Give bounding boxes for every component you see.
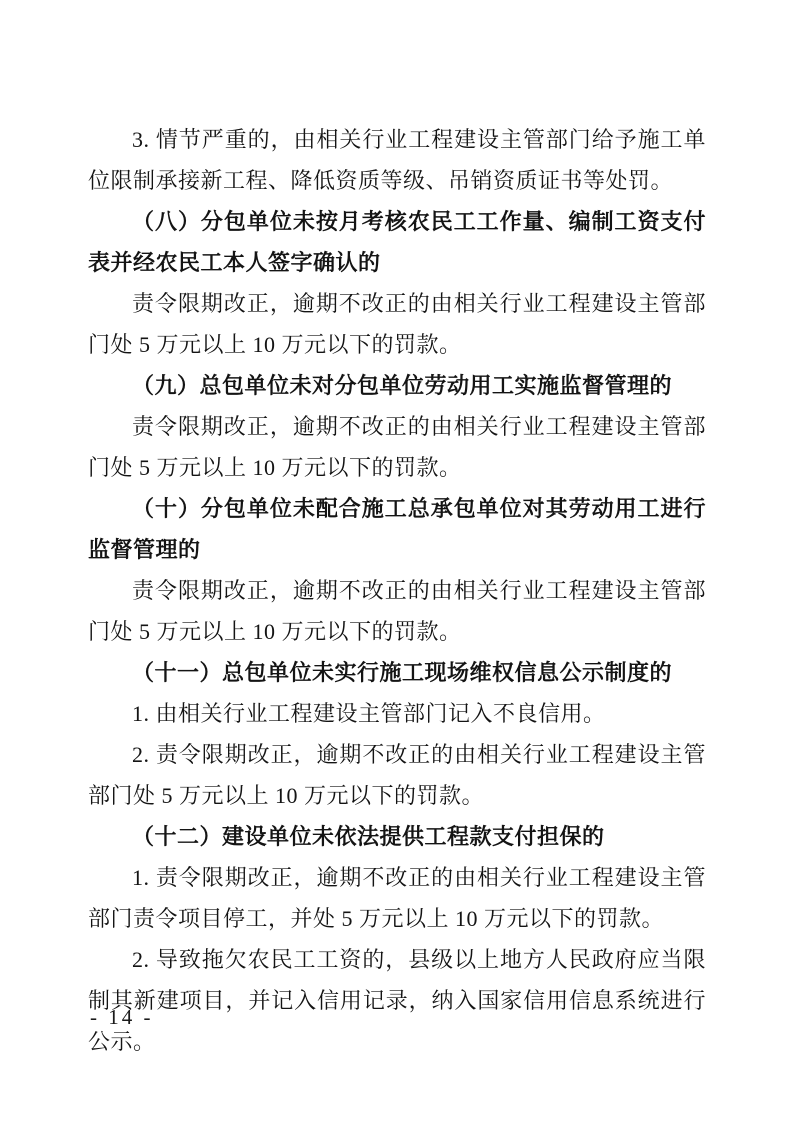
document-page: 3. 情节严重的，由相关行业工程建设主管部门给予施工单位限制承接新工程、降低资质… (0, 0, 793, 1122)
section-heading: （八）分包单位未按月考核农民工工作量、编制工资支付表并经农民工本人签字确认的 (88, 201, 706, 283)
document-body: 3. 情节严重的，由相关行业工程建设主管部门给予施工单位限制承接新工程、降低资质… (88, 119, 706, 1062)
section-heading: （十一）总包单位未实行施工现场维权信息公示制度的 (88, 652, 706, 693)
paragraph: 责令限期改正，逾期不改正的由相关行业工程建设主管部门处 5 万元以上 10 万元… (88, 570, 706, 652)
section-heading: （十二）建设单位未依法提供工程款支付担保的 (88, 816, 706, 857)
paragraph: 1. 由相关行业工程建设主管部门记入不良信用。 (88, 693, 706, 734)
paragraph: 3. 情节严重的，由相关行业工程建设主管部门给予施工单位限制承接新工程、降低资质… (88, 119, 706, 201)
paragraph: 2. 责令限期改正，逾期不改正的由相关行业工程建设主管部门处 5 万元以上 10… (88, 734, 706, 816)
paragraph: 责令限期改正，逾期不改正的由相关行业工程建设主管部门处 5 万元以上 10 万元… (88, 406, 706, 488)
paragraph: 1. 责令限期改正，逾期不改正的由相关行业工程建设主管部门责令项目停工，并处 5… (88, 857, 706, 939)
section-heading: （十）分包单位未配合施工总承包单位对其劳动用工进行监督管理的 (88, 488, 706, 570)
section-heading: （九）总包单位未对分包单位劳动用工实施监督管理的 (88, 365, 706, 406)
paragraph: 责令限期改正，逾期不改正的由相关行业工程建设主管部门处 5 万元以上 10 万元… (88, 283, 706, 365)
paragraph: 2. 导致拖欠农民工工资的，县级以上地方人民政府应当限制其新建项目，并记入信用记… (88, 939, 706, 1062)
page-number: - 14 - (90, 1003, 154, 1031)
